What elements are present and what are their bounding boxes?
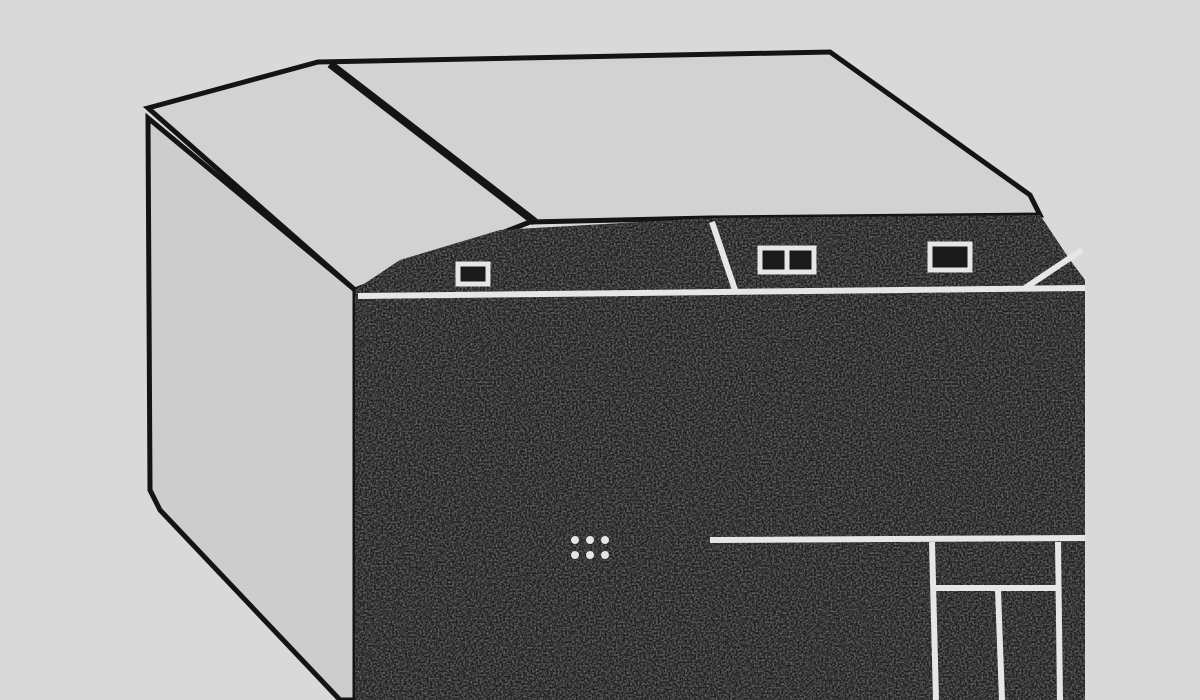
print-artwork <box>0 0 1200 700</box>
window-right <box>930 244 970 270</box>
window-left <box>458 264 488 284</box>
